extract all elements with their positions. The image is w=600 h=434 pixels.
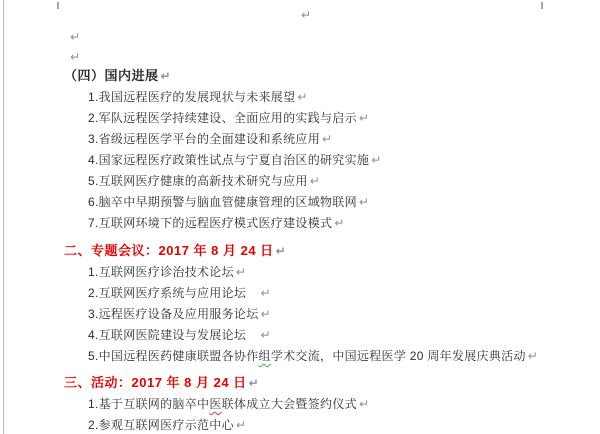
list-item: 2.互联网医疗系统与应用论坛 ↵ bbox=[64, 283, 584, 304]
list-item: 1.互联网医疗诊治技术论坛↵ bbox=[64, 262, 584, 283]
page-edge-line bbox=[3, 0, 4, 434]
paragraph-mark: ↵ bbox=[236, 265, 246, 279]
list-item: 2.参观互联网医疗示范中心↵ bbox=[64, 415, 584, 434]
list-item-text: 5.互联网医疗健康的高新技术研究与应用 bbox=[88, 174, 308, 188]
paragraph-mark: ↵ bbox=[261, 307, 271, 321]
list-item: 7.互联网环境下的远程医疗模式医疗建设模式↵ bbox=[64, 213, 584, 234]
section-activities: 三、活动：2017 年 8 月 24 日↵1.基于互联网的脑卒中医联体成立大会暨… bbox=[64, 372, 584, 434]
paragraph-mark: ↵ bbox=[249, 376, 260, 390]
list-item-text: 2.军队远程医学持续建设、全面应用的实践与启示 bbox=[88, 111, 357, 125]
paragraph-mark: ↵ bbox=[70, 31, 80, 43]
list-item: 4.互联网医院建设与发展论坛 ↵ bbox=[64, 325, 584, 346]
list-item-text: 4.互联网医院建设与发展论坛 bbox=[88, 328, 259, 342]
section-domestic-progress: （四）国内进展↵1.我国远程医疗的发展现状与未来展望↵2.军队远程医学持续建设、… bbox=[64, 65, 584, 234]
list-item: 6.脑卒中早期预警与脑血管健康管理的区域物联网↵ bbox=[64, 192, 584, 213]
margin-tick-right bbox=[541, 2, 543, 9]
paragraph-mark: ↵ bbox=[359, 397, 369, 411]
list-item-text: 1.互联网医疗诊治技术论坛 bbox=[88, 265, 234, 279]
list-item-text: 2.互联网医疗系统与应用论坛 bbox=[88, 286, 259, 300]
section-heading: 三、活动：2017 年 8 月 24 日↵ bbox=[64, 372, 584, 394]
list-item-text: 3.远程医疗设备及应用服务论坛 bbox=[88, 307, 259, 321]
paragraph-mark: ↵ bbox=[70, 51, 80, 63]
margin-tick-left bbox=[57, 2, 59, 9]
list-item-text: 6.脑卒中早期预警与脑血管健康管理的区域物联网 bbox=[88, 195, 357, 209]
paragraph-mark: ↵ bbox=[359, 195, 369, 209]
paragraph-mark: ↵ bbox=[301, 9, 311, 21]
list-item: 5.中国远程医药健康联盟各协作组学术交流，中国远程医学 20 周年发展庆典活动↵ bbox=[64, 346, 584, 367]
paragraph-mark: ↵ bbox=[261, 286, 271, 300]
red-squiggle-text: 医 bbox=[209, 397, 221, 411]
paragraph-mark: ↵ bbox=[276, 244, 287, 258]
green-squiggle-text: 组 bbox=[259, 349, 271, 363]
section-heading-text: 三、活动：2017 年 8 月 24 日 bbox=[64, 375, 247, 390]
paragraph-mark: ↵ bbox=[161, 69, 172, 83]
paragraph-mark: ↵ bbox=[371, 153, 381, 167]
paragraph-mark: ↵ bbox=[528, 349, 538, 363]
list-item: 3.远程医疗设备及应用服务论坛↵ bbox=[64, 304, 584, 325]
word-document-page: ↵ ↵ ↵ （四）国内进展↵1.我国远程医疗的发展现状与未来展望↵2.军队远程医… bbox=[0, 0, 600, 434]
section-special-sessions: 二、专题会议：2017 年 8 月 24 日↵1.互联网医疗诊治技术论坛↵2.互… bbox=[64, 240, 584, 367]
paragraph-mark: ↵ bbox=[359, 111, 369, 125]
list-item: 5.互联网医疗健康的高新技术研究与应用↵ bbox=[64, 171, 584, 192]
list-item-text: 学术交流，中国远程医学 20 周年发展庆典活动 bbox=[271, 349, 526, 363]
paragraph-mark: ↵ bbox=[261, 328, 271, 342]
list-item: 3.省级远程医学平台的全面建设和系统应用↵ bbox=[64, 129, 584, 150]
section-heading: 二、专题会议：2017 年 8 月 24 日↵ bbox=[64, 240, 584, 262]
list-item-text: 1.基于互联网的脑卒中 bbox=[88, 397, 209, 411]
list-item-text: 3.省级远程医学平台的全面建设和系统应用 bbox=[88, 132, 320, 146]
list-item: 1.基于互联网的脑卒中医联体成立大会暨签约仪式↵ bbox=[64, 394, 584, 415]
paragraph-mark: ↵ bbox=[310, 174, 320, 188]
list-item: 4.国家远程医疗政策性试点与宁夏自治区的研究实施↵ bbox=[64, 150, 584, 171]
list-item-text: 7.互联网环境下的远程医疗模式医疗建设模式 bbox=[88, 216, 332, 230]
paragraph-mark: ↵ bbox=[297, 90, 307, 104]
paragraph-mark: ↵ bbox=[334, 216, 344, 230]
section-heading: （四）国内进展↵ bbox=[64, 65, 584, 87]
list-item: 2.军队远程医学持续建设、全面应用的实践与启示↵ bbox=[64, 108, 584, 129]
list-item-text: 1.我国远程医疗的发展现状与未来展望 bbox=[88, 90, 295, 104]
paragraph-mark: ↵ bbox=[322, 132, 332, 146]
list-item-text: 4.国家远程医疗政策性试点与宁夏自治区的研究实施 bbox=[88, 153, 369, 167]
section-heading-text: 二、专题会议：2017 年 8 月 24 日 bbox=[64, 243, 274, 258]
list-item-text: 5.中国远程医药健康联盟各协作 bbox=[88, 349, 259, 363]
list-item-text: 联体成立大会暨签约仪式 bbox=[222, 397, 357, 411]
list-item: 1.我国远程医疗的发展现状与未来展望↵ bbox=[64, 87, 584, 108]
list-item-text: 2.参观互联网医疗示范中心 bbox=[88, 418, 234, 432]
paragraph-mark: ↵ bbox=[236, 418, 246, 432]
section-heading-text: （四）国内进展 bbox=[64, 68, 159, 83]
